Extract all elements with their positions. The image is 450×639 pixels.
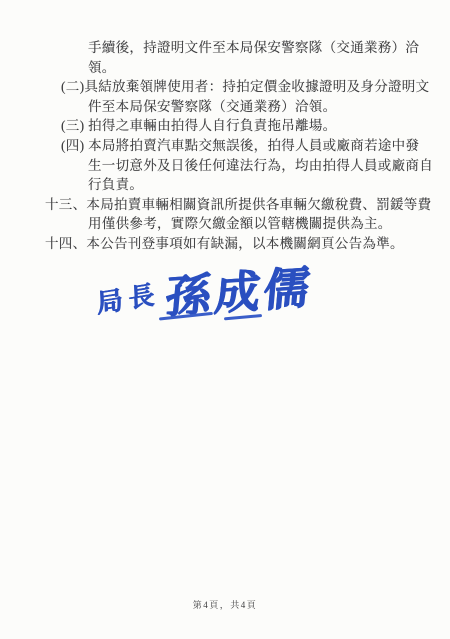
text-line: 件至本局保安警察隊（交通業務）洽領。 [0, 97, 450, 117]
page-number: 第4頁，共4頁 [193, 600, 258, 610]
document-page: 手續後，持證明文件至本局保安警察隊（交通業務）洽 領。 (二)具結放棄領牌使用者… [0, 0, 450, 639]
director-signature: 局長 孫成儒 [95, 248, 314, 330]
text-line: 行負責。 [0, 175, 450, 195]
text-line: 領。 [0, 58, 450, 78]
text-line: 十三、本局拍賣車輛相關資訊所提供各車輛欠繳稅費、罰鍰等費 [0, 195, 450, 215]
text-line: (三) 拍得之車輛由拍得人自行負責拖吊離場。 [0, 116, 450, 136]
text-line: (二)具結放棄領牌使用者：持拍定價金收據證明及身分證明文 [0, 77, 450, 97]
page-footer: 第4頁，共4頁 [0, 598, 450, 611]
text-line: (四) 本局將拍賣汽車點交無誤後，拍得人員或廠商若途中發 [0, 136, 450, 156]
document-body: 手續後，持證明文件至本局保安警察隊（交通業務）洽 領。 (二)具結放棄領牌使用者… [0, 38, 450, 254]
signature-title: 局長 [96, 273, 161, 320]
text-line: 用僅供參考，實際欠繳金額以管轄機關提供為主。 [0, 214, 450, 234]
text-line: 手續後，持證明文件至本局保安警察隊（交通業務）洽 [0, 38, 450, 58]
text-line: 生一切意外及日後任何違法行為，均由拍得人員或廠商自 [0, 156, 450, 176]
